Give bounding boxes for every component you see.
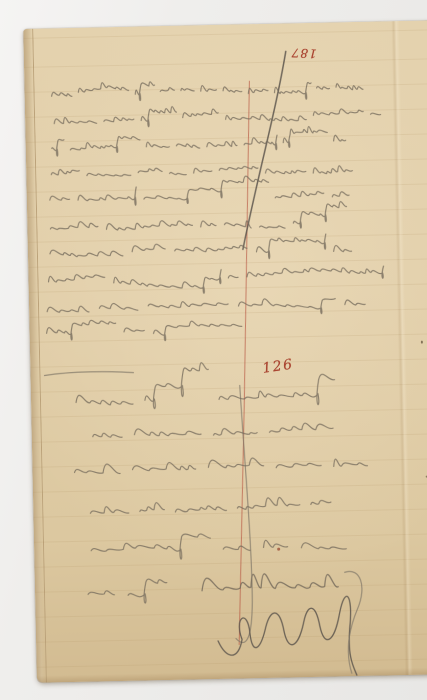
notebook-page (23, 20, 427, 682)
paper-speck (277, 548, 280, 551)
paper-speck (421, 341, 423, 344)
ruling-lines (23, 20, 427, 682)
scan-background: 187 126 (0, 0, 427, 700)
page-number-top: 187 (290, 45, 317, 60)
page-tilt-wrapper: 187 126 (0, 0, 427, 700)
